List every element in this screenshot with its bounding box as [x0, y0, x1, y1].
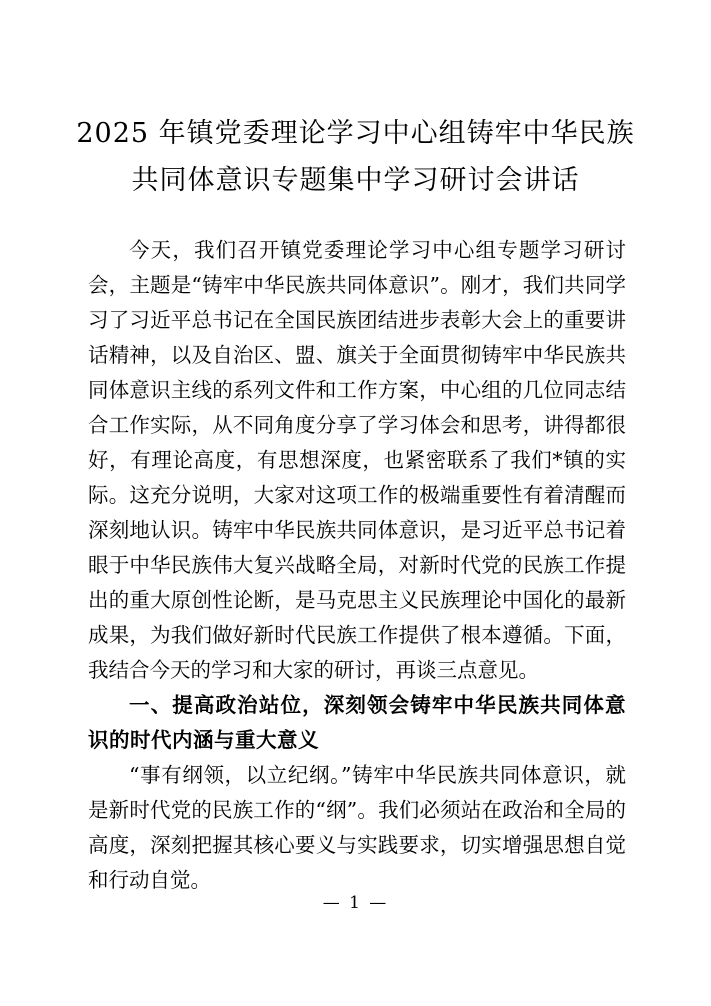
document-body: 今天，我们召开镇党委理论学习中心组专题学习研讨会，主题是“铸牢中华民族共同体意识… — [88, 233, 626, 898]
document-page: 2025 年镇党委理论学习中心组铸牢中华民族 共同体意识专题集中学习研讨会讲话 … — [0, 0, 711, 1006]
section-1-paragraph: “事有纲领，以立纪纲。”铸牢中华民族共同体意识，就是新时代党的民族工作的“纲”。… — [88, 758, 626, 898]
document-title: 2025 年镇党委理论学习中心组铸牢中华民族 共同体意识专题集中学习研讨会讲话 — [55, 110, 656, 204]
title-line-2: 共同体意识专题集中学习研讨会讲话 — [132, 165, 580, 196]
section-1-heading: 一、提高政治站位，深刻领会铸牢中华民族共同体意识的时代内涵与重大意义 — [88, 688, 626, 758]
title-line-1: 2025 年镇党委理论学习中心组铸牢中华民族 — [76, 118, 634, 149]
opening-paragraph: 今天，我们召开镇党委理论学习中心组专题学习研讨会，主题是“铸牢中华民族共同体意识… — [88, 233, 626, 688]
page-number: — 1 — — [0, 893, 711, 913]
